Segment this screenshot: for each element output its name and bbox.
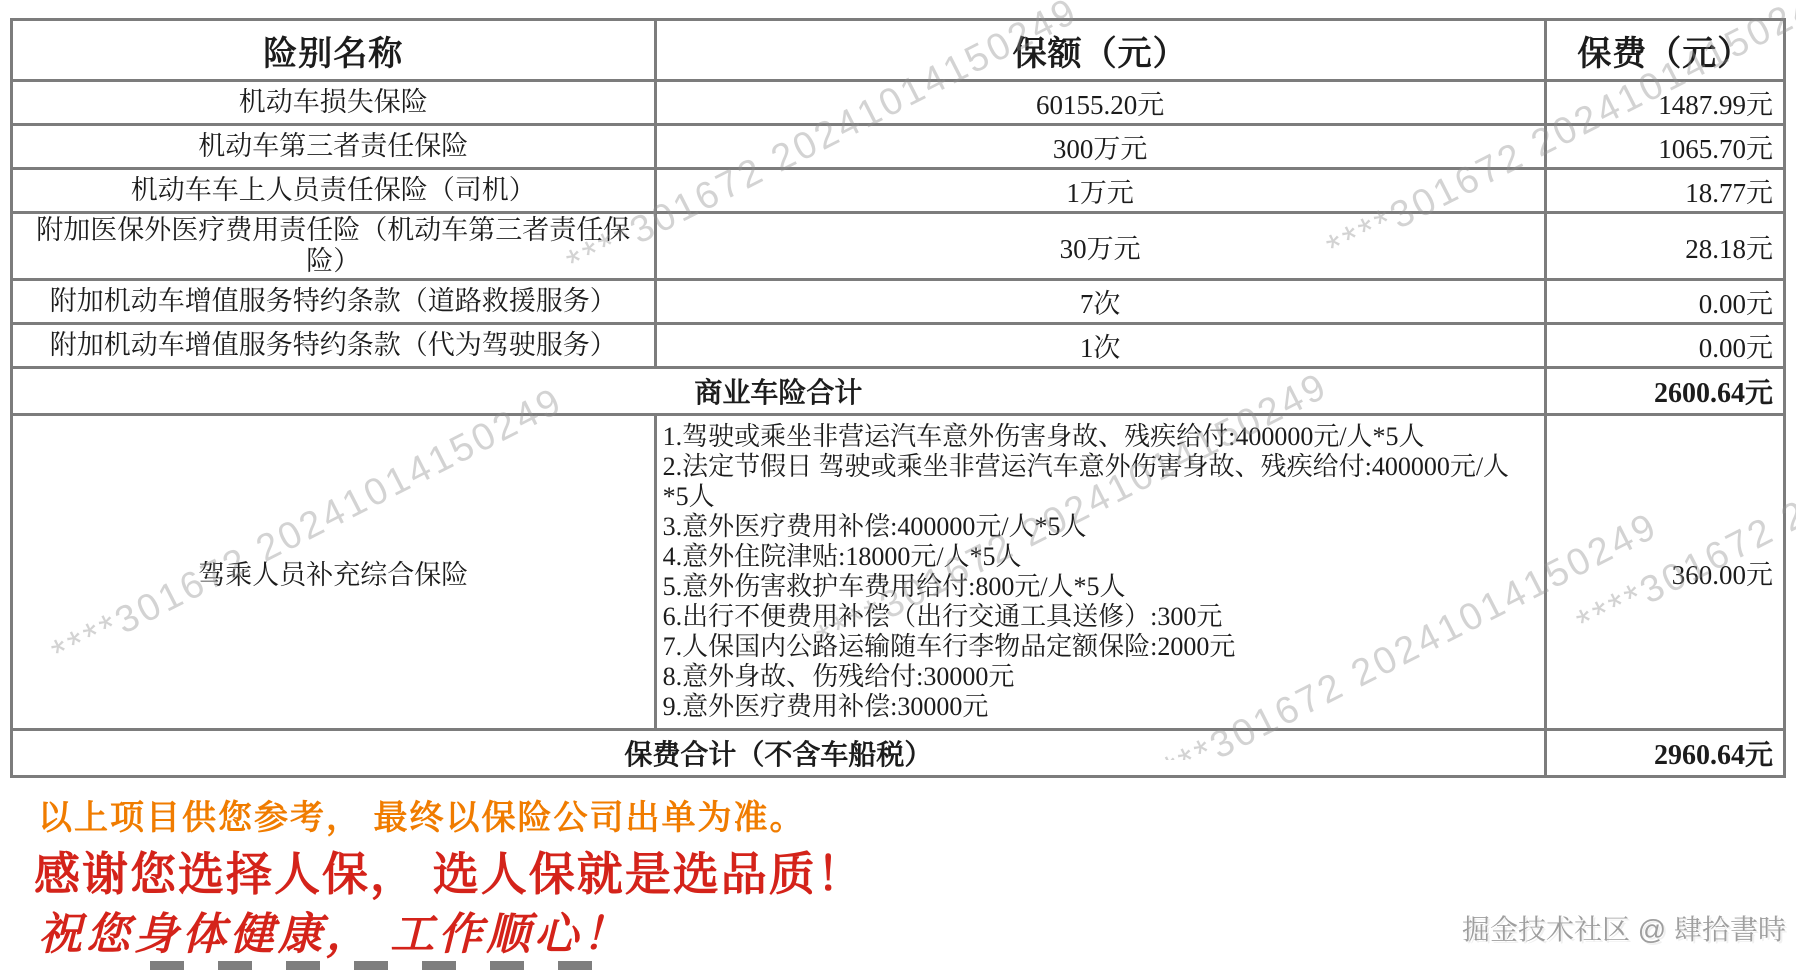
cutoff-text-fragment — [150, 961, 620, 970]
risk-name-cell: 机动车车上人员责任保险（司机） — [12, 169, 656, 213]
insurance-quote-table: 险别名称 保额（元） 保费（元） 机动车损失保险 60155.20元 1487.… — [10, 18, 1786, 778]
table-row: 附加医保外医疗费用责任险（机动车第三者责任保险） 30万元 28.18元 — [12, 213, 1785, 280]
coverage-amount-cell: 30万元 — [655, 213, 1545, 280]
thanks-slogan: 感谢您选择人保， 选人保就是选品质！ — [34, 838, 865, 904]
column-header-coverage-amount: 保额（元） — [655, 20, 1545, 81]
grand-total-premium: 2960.64元 — [1545, 730, 1784, 777]
column-header-risk-name: 险别名称 — [12, 20, 656, 81]
commercial-subtotal-premium: 2600.64元 — [1545, 368, 1784, 415]
benefit-line: 7.人保国内公路运输随车行李物品定额保险:2000元 — [663, 632, 1534, 662]
coverage-rows: 机动车损失保险 60155.20元 1487.99元 机动车第三者责任保险 30… — [12, 81, 1785, 368]
insurance-quote-sheet: 险别名称 保额（元） 保费（元） 机动车损失保险 60155.20元 1487.… — [0, 0, 1796, 970]
commercial-subtotal-row: 商业车险合计 2600.64元 — [12, 368, 1785, 415]
commercial-subtotal-label: 商业车险合计 — [12, 368, 1546, 415]
benefit-line: 9.意外医疗费用补偿:30000元 — [663, 692, 1534, 722]
benefit-line: 2.法定节假日 驾驶或乘坐非营运汽车意外伤害身故、残疾给付:400000元/人*… — [663, 452, 1534, 512]
wishes-slogan: 祝您身体健康， 工作顺心！ — [38, 898, 630, 962]
column-header-premium: 保费（元） — [1545, 20, 1784, 81]
risk-name-cell: 机动车第三者责任保险 — [12, 125, 656, 169]
community-credit-watermark: 掘金技术社区 @ 肆拾書時 — [1462, 908, 1786, 948]
driver-passenger-supplement-row: 驾乘人员补充综合保险 1.驾驶或乘坐非营运汽车意外伤害身故、残疾给付:40000… — [12, 415, 1785, 730]
coverage-amount-cell: 300万元 — [655, 125, 1545, 169]
premium-cell: 18.77元 — [1545, 169, 1784, 213]
benefit-line: 5.意外伤害救护车费用给付:800元/人*5人 — [663, 572, 1534, 602]
premium-cell: 360.00元 — [1545, 415, 1784, 730]
coverage-amount-cell: 60155.20元 — [655, 81, 1545, 125]
premium-cell: 0.00元 — [1545, 280, 1784, 324]
table-row: 机动车车上人员责任保险（司机） 1万元 18.77元 — [12, 169, 1785, 213]
coverage-amount-cell: 1次 — [655, 324, 1545, 368]
risk-name-cell: 驾乘人员补充综合保险 — [12, 415, 656, 730]
disclaimer-note: 以上项目供您参考， 最终以保险公司出单为准。 — [38, 790, 805, 839]
risk-name-cell: 附加医保外医疗费用责任险（机动车第三者责任保险） — [12, 213, 656, 280]
premium-cell: 1065.70元 — [1545, 125, 1784, 169]
benefit-line: 3.意外医疗费用补偿:400000元/人*5人 — [663, 512, 1534, 542]
premium-cell: 0.00元 — [1545, 324, 1784, 368]
grand-total-row: 保费合计（不含车船税） 2960.64元 — [12, 730, 1785, 777]
benefit-line: 1.驾驶或乘坐非营运汽车意外伤害身故、残疾给付:400000元/人*5人 — [663, 422, 1534, 452]
risk-name-cell: 附加机动车增值服务特约条款（道路救援服务） — [12, 280, 656, 324]
risk-name-cell: 附加机动车增值服务特约条款（代为驾驶服务） — [12, 324, 656, 368]
premium-cell: 28.18元 — [1545, 213, 1784, 280]
benefit-line: 8.意外身故、伤残给付:30000元 — [663, 662, 1534, 692]
benefit-line: 4.意外住院津贴:18000元/人*5人 — [663, 542, 1534, 572]
risk-name-cell: 机动车损失保险 — [12, 81, 656, 125]
coverage-amount-cell: 7次 — [655, 280, 1545, 324]
benefit-line: 6.出行不便费用补偿（出行交通工具送修）:300元 — [663, 602, 1534, 632]
table-row: 机动车第三者责任保险 300万元 1065.70元 — [12, 125, 1785, 169]
table-row: 附加机动车增值服务特约条款（道路救援服务） 7次 0.00元 — [12, 280, 1785, 324]
table-row: 机动车损失保险 60155.20元 1487.99元 — [12, 81, 1785, 125]
benefit-list-cell: 1.驾驶或乘坐非营运汽车意外伤害身故、残疾给付:400000元/人*5人 2.法… — [655, 415, 1545, 730]
header-row: 险别名称 保额（元） 保费（元） — [12, 20, 1785, 81]
grand-total-label: 保费合计（不含车船税） — [12, 730, 1546, 777]
premium-cell: 1487.99元 — [1545, 81, 1784, 125]
coverage-amount-cell: 1万元 — [655, 169, 1545, 213]
table-row: 附加机动车增值服务特约条款（代为驾驶服务） 1次 0.00元 — [12, 324, 1785, 368]
